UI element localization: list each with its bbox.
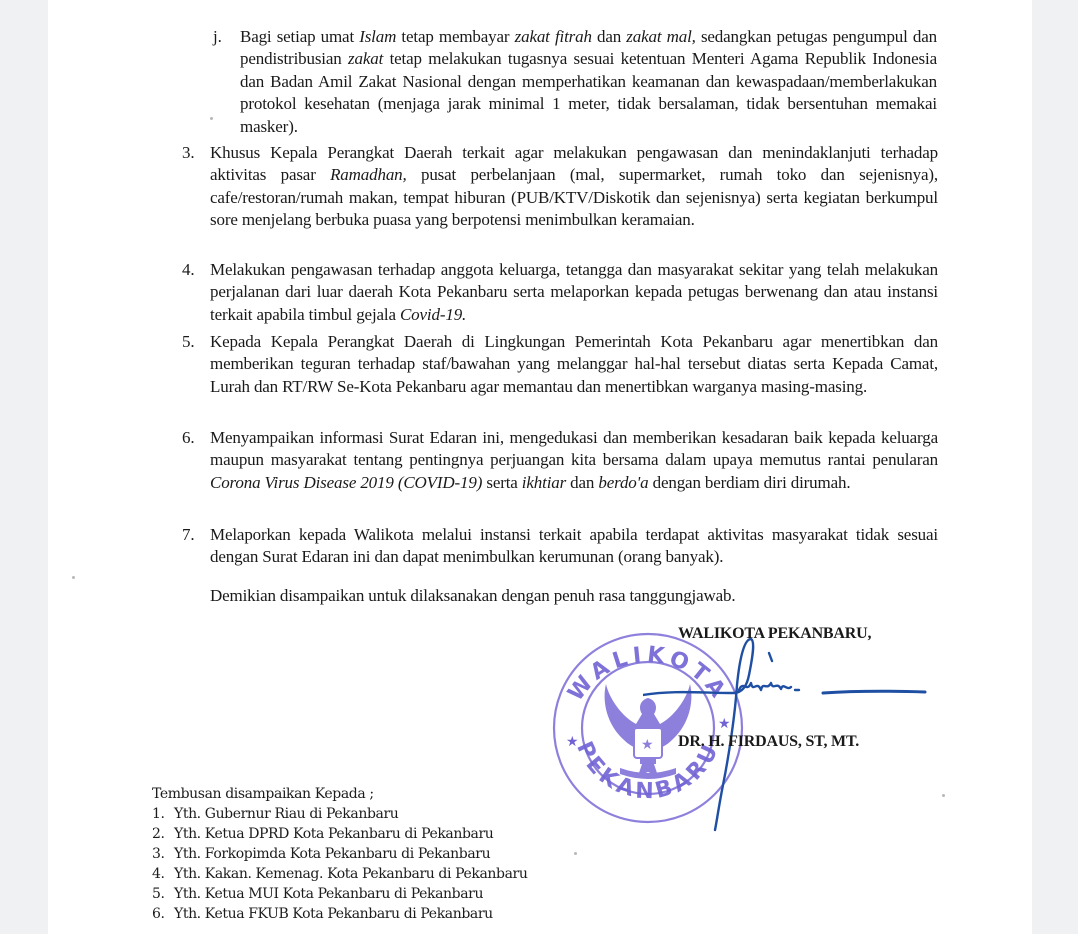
copy-recipient: 4.Yth. Kakan. Kemenag. Kota Pekanbaru di… [152,864,527,884]
copies-section: Tembusan disampaikan Kepada ; 1.Yth. Gub… [152,784,527,924]
item-text: Kepada Kepala Perangkat Daerah di Lingku… [210,331,938,398]
copy-recipient: 1.Yth. Gubernur Riau di Pekanbaru [152,804,527,824]
item-text: Melaporkan kepada Walikota melalui insta… [210,524,938,569]
item-marker: 5. [182,331,194,353]
copy-recipient: 6.Yth. Ketua FKUB Kota Pekanbaru di Peka… [152,904,527,924]
copy-recipient: 5.Yth. Ketua MUI Kota Pekanbaru di Pekan… [152,884,527,904]
svg-text:★: ★ [566,734,578,750]
signatory-name: DR. H. FIRDAUS, ST, MT. [678,733,859,751]
scan-speck [210,117,213,120]
scan-speck [72,576,75,579]
item-text: Menyampaikan informasi Surat Edaran ini,… [210,427,938,494]
item-text: Melakukan pengawasan terhadap anggota ke… [210,259,938,326]
scan-speck [942,794,945,797]
document-page: j. Bagi setiap umat Islam tetap membayar… [48,0,1032,934]
item-text: Bagi setiap umat Islam tetap membayar za… [240,26,937,138]
copies-list: 1.Yth. Gubernur Riau di Pekanbaru 2.Yth.… [152,804,527,924]
copies-heading: Tembusan disampaikan Kepada ; [152,784,527,804]
document-body: j. Bagi setiap umat Islam tetap membayar… [48,0,1032,934]
signatory-title: WALIKOTA PEKANBARU, [678,625,871,643]
closing-statement: Demikian disampaikan untuk dilaksanakan … [210,585,736,607]
copy-recipient: 2.Yth. Ketua DPRD Kota Pekanbaru di Peka… [152,824,527,844]
item-marker: 3. [182,142,194,164]
item-text: Khusus Kepala Perangkat Daerah terkait a… [210,142,938,232]
copy-recipient: 3.Yth. Forkopimda Kota Pekanbaru di Peka… [152,844,527,864]
item-marker: 6. [182,427,194,449]
item-marker: j. [213,26,222,48]
item-marker: 7. [182,524,194,546]
item-marker: 4. [182,259,194,281]
scan-speck [574,852,577,855]
